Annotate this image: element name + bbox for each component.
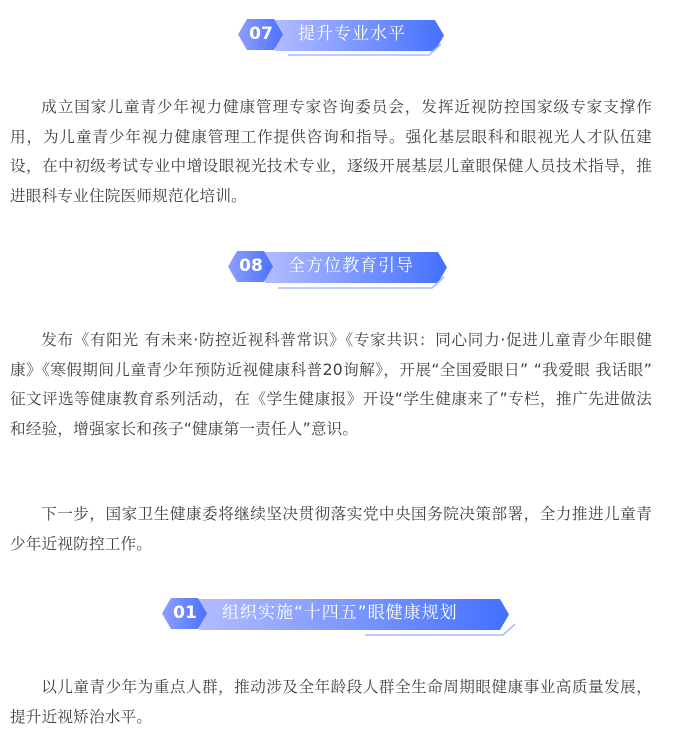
paragraph-education-guidance: 发布《有阳光 有未来·防控近视科普常识》《专家共识：同心同力·促进儿童青少年眼健… — [10, 326, 652, 445]
paragraph-eye-health-plan: 以儿童青少年为重点人群，推动涉及全年龄段人群全生命周期眼健康事业高质量发展，提升… — [10, 673, 652, 731]
section-badge-07: 07 提升专业水平 — [238, 16, 448, 60]
paragraph-professional-level: 成立国家儿童青少年视力健康管理专家咨询委员会，发挥近视防控国家级专家支撑作用，为… — [10, 93, 652, 212]
section-badge-01: 01 组织实施“十四五”眼健康规划 — [162, 595, 522, 639]
badge-number: 01 — [162, 598, 208, 629]
paragraph-next-step: 下一步，国家卫生健康委将继续坚决贯彻落实党中央国务院决策部署，全力推进儿童青少年… — [10, 500, 652, 559]
section-title: 组织实施“十四五”眼健康规划 — [222, 598, 458, 629]
badge-number: 07 — [238, 19, 284, 50]
section-title: 全方位教育引导 — [288, 251, 414, 282]
section-badge-08: 08 全方位教育引导 — [228, 248, 453, 292]
section-title: 提升专业水平 — [298, 19, 406, 50]
badge-number: 08 — [228, 251, 274, 282]
